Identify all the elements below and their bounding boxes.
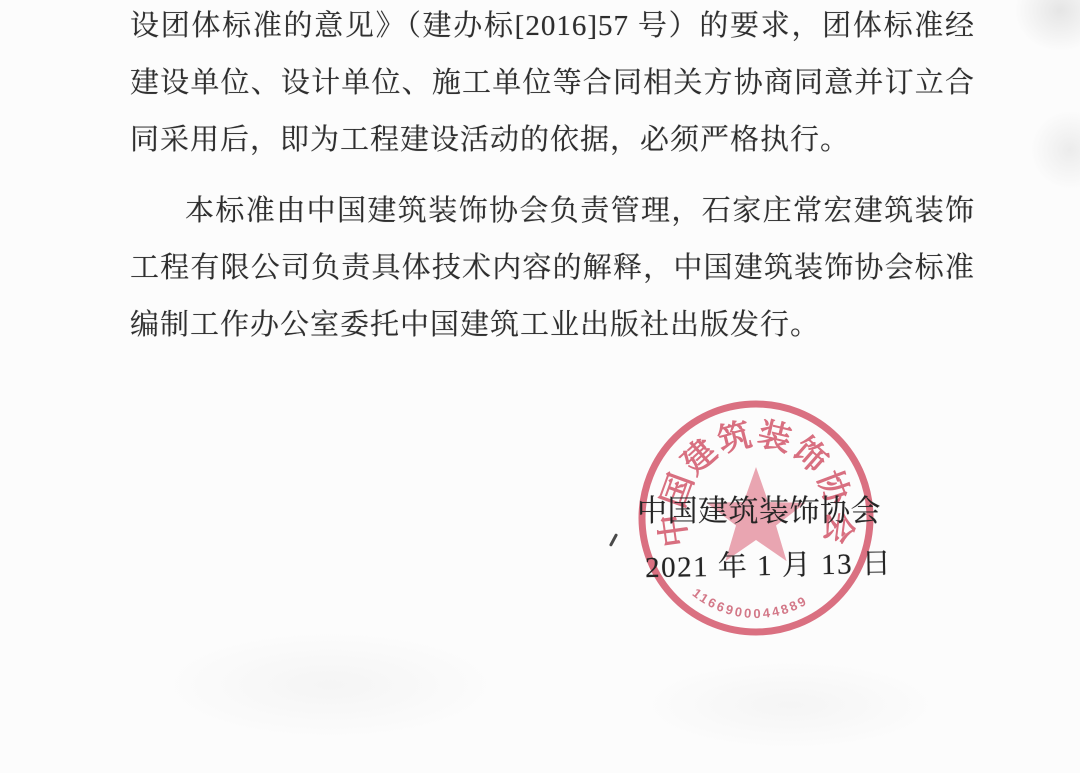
scanned-document-page: 设团体标准的意见》（建办标[2016]57 号）的要求，团体标准经 建设单位、设… bbox=[0, 0, 1080, 773]
seal-serial-text: 1166900044889 bbox=[690, 585, 811, 621]
signature-date: 2021 年 1 月 13 日 bbox=[645, 541, 893, 586]
seal-serial-number: 1166900044889 bbox=[690, 585, 811, 621]
scan-smudge bbox=[1030, 110, 1080, 190]
paragraph-1: 设团体标准的意见》（建办标[2016]57 号）的要求，团体标准经 建设单位、设… bbox=[130, 0, 975, 169]
body-text-line: 同采用后，即为工程建设活动的依据，必须严格执行。 bbox=[130, 112, 975, 169]
signature-organization: 中国建筑装饰协会 bbox=[637, 486, 881, 530]
body-text-line: 建设单位、设计单位、施工单位等合同相关方协商同意并订立合 bbox=[130, 55, 975, 112]
body-text-line: 编制工作办公室委托中国建筑工业出版社出版发行。 bbox=[130, 297, 975, 354]
scan-smudge bbox=[1014, 0, 1080, 52]
scan-smudge bbox=[160, 630, 500, 740]
paragraph-2: 本标准由中国建筑装饰协会负责管理，石家庄常宏建筑装饰 工程有限公司负责具体技术内… bbox=[130, 183, 975, 354]
scan-smudge bbox=[640, 660, 940, 750]
body-text-line: 设团体标准的意见》（建办标[2016]57 号）的要求，团体标准经 bbox=[130, 0, 975, 55]
body-text-line: 本标准由中国建筑装饰协会负责管理，石家庄常宏建筑装饰 bbox=[130, 183, 975, 240]
body-text-line: 工程有限公司负责具体技术内容的解释，中国建筑装饰协会标准 bbox=[130, 240, 975, 297]
ink-tick-mark bbox=[609, 533, 618, 547]
